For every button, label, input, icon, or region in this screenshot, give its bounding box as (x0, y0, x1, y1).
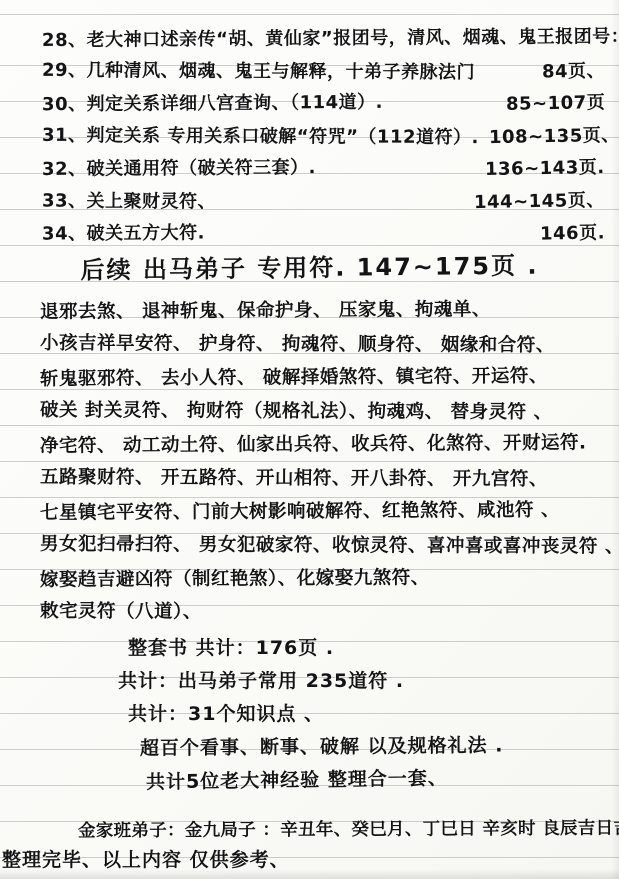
summary-block: 整套书 共计：176页 . 共计：出马弟子常用 235道符 . 共计：31个知识… (128, 633, 503, 798)
summary-total-pages: 整套书 共计：176页 . (128, 633, 503, 666)
talisman-line: 嫁娶趋吉避凶符（制红艳煞）、化嫁娶九煞符、 (40, 562, 607, 599)
index-item-text: 30、判定关系详细八宫查询、（114道）. (42, 88, 383, 116)
summary-knowledge-points: 共计：31个知识点 、 (128, 699, 503, 732)
talisman-list: 退邪去煞、 退神斩鬼、保命护身、 压家鬼、拘魂单、 小孩吉祥早安符、 护身符、 … (40, 296, 607, 631)
index-item-32: 32、破关通用符（破关符三套）. 136~143页. (42, 154, 605, 187)
footer-disclaimer: 整理完毕、以上内容 仅供参考、 (2, 845, 290, 872)
index-item-31: 31、判定关系 专用关系口破解“符咒”（112道符）. 108~135页、 (42, 122, 605, 155)
index-item-29: 29、几种清风、烟魂、鬼王与解释，十弟子养脉法门 84页、 (42, 57, 605, 90)
talisman-line: 七星镇宅平安符、门前大树影响破解符、红艳煞符、咸池符 、 (40, 495, 607, 532)
index-list: 28、老大神口述亲传“胡、黄仙家”报团号，清风、烟魂、鬼王报团号： 68~83页… (42, 24, 605, 252)
page-edge-shading-bottom (0, 869, 619, 879)
index-item-pages: 144~145页、 (474, 185, 605, 213)
summary-total-talismans: 共计：出马弟子常用 235道符 . (118, 666, 503, 699)
index-item-pages: 108~135页、 (489, 120, 619, 148)
section-header: 后续 出马弟子 专用符. 147~175页 . (0, 245, 619, 286)
index-item-30: 30、判定关系详细八宫查询、（114道）. 85~107页 (42, 89, 605, 122)
talisman-line: 敕宅灵符（八道）、 (40, 596, 607, 632)
talisman-line: 斩鬼驱邪符、 去小人符、 破解择婚煞符、镇宅符、开运符、 (40, 361, 607, 398)
index-item-text: 31、判定关系 专用关系口破解“符咒”（112道符）. (42, 120, 479, 148)
talisman-line: 破关 封关灵符、 拘财符（规格礼法）、拘魂鸡、 替身灵符 、 (40, 395, 607, 431)
index-item-pages: 146页. (540, 218, 605, 245)
index-item-pages: 84页、 (542, 56, 606, 83)
page-edge-shading-right (611, 0, 619, 879)
index-item-pages: 136~143页. (485, 153, 605, 181)
index-item-text: 34、破关五方大符. (42, 218, 205, 245)
index-item-pages: 85~107页 (506, 88, 606, 116)
index-item-33: 33、关上聚财灵符、 144~145页、 (42, 187, 605, 220)
summary-compilers: 共计5位老大神经验 整理合一套、 (146, 763, 504, 801)
talisman-line: 小孩吉祥早安符、 护身符、 拘魂符、顺身符、 姻缘和合符、 (40, 328, 607, 364)
talisman-line: 五路聚财符、 开五路符、开山相符、开八卦符、 开九宫符、 (40, 462, 607, 498)
index-item-28: 28、老大神口述亲传“胡、黄仙家”报团号，清风、烟魂、鬼王报团号： 68~83页… (42, 24, 605, 57)
notebook-page: 28、老大神口述亲传“胡、黄仙家”报团号，清风、烟魂、鬼王报团号： 68~83页… (0, 0, 619, 879)
footer-signature-date: 金家班弟子：金九局子 ：辛丑年、癸巳月、丁巳日 辛亥时 良辰吉日吉时 . (78, 815, 611, 843)
index-item-text: 28、老大神口述亲传“胡、黄仙家”报团号，清风、烟魂、鬼王报团号： (42, 22, 619, 52)
index-item-text: 33、关上聚财灵符、 (42, 186, 216, 213)
index-item-text: 29、几种清风、烟魂、鬼王与解释，十弟子养脉法门 (42, 55, 475, 83)
summary-cases: 超百个看事、断事、破解 以及规格礼法 . (140, 730, 504, 766)
talisman-line: 男女犯扫帚扫符、 男女犯破家符、收惊灵符、喜冲喜或喜冲丧灵符 、 (40, 529, 607, 565)
index-item-text: 32、破关通用符（破关符三套）. (42, 153, 316, 181)
talisman-line: 退邪去煞、 退神斩鬼、保命护身、 压家鬼、拘魂单、 (40, 294, 607, 331)
talisman-line: 净宅符、 动工动土符、仙家出兵符、收兵符、化煞符、开财运符. (40, 428, 607, 465)
